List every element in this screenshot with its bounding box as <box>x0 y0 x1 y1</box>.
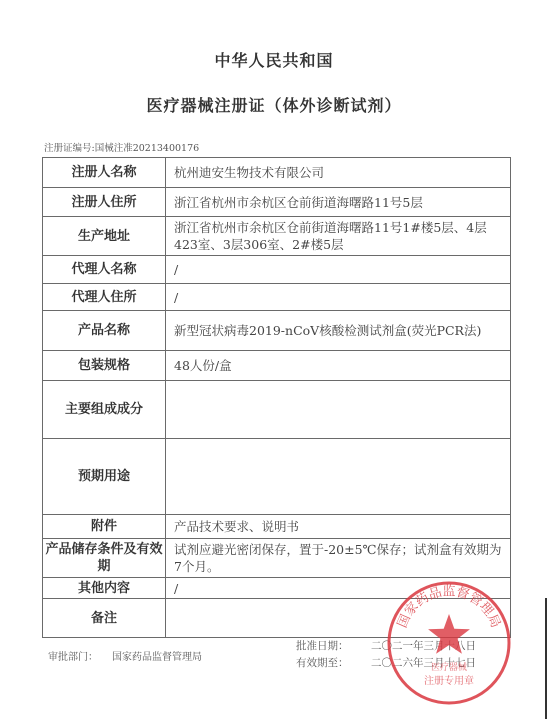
table-row: 产品储存条件及有效期 试剂应避光密闭保存，置于-20±5℃保存；试剂盒有效期为7… <box>43 539 511 578</box>
row-label-product-name: 产品名称 <box>43 311 166 351</box>
row-value-package-spec: 48人份/盒 <box>166 351 511 381</box>
row-label-package-spec: 包装规格 <box>43 351 166 381</box>
table-row: 产品名称 新型冠状病毒2019-nCoV核酸检测试剂盒(荧光PCR法) <box>43 311 511 351</box>
seal-inner-text-2: 注册专用章 <box>424 674 474 687</box>
row-value-product-name: 新型冠状病毒2019-nCoV核酸检测试剂盒(荧光PCR法) <box>166 311 511 351</box>
approval-department-label: 审批部门： <box>48 652 98 663</box>
row-value-agent-address: / <box>166 284 511 311</box>
table-row: 代理人名称 / <box>43 256 511 284</box>
row-label-attachments: 附件 <box>43 515 166 539</box>
row-value-intended-use <box>166 439 511 515</box>
certificate-number: 注册证编号:国械注准20213400176 <box>44 140 199 154</box>
row-label-main-components: 主要组成成分 <box>43 381 166 439</box>
row-value-attachments: 产品技术要求、说明书 <box>166 515 511 539</box>
table-row: 附件 产品技术要求、说明书 <box>43 515 511 539</box>
row-value-registrant-name: 杭州迪安生物技术有限公司 <box>166 158 511 188</box>
table-row: 包装规格 48人份/盒 <box>43 351 511 381</box>
table-row: 生产地址 浙江省杭州市余杭区仓前街道海曙路11号1#楼5层、4层423室、3层3… <box>43 217 511 256</box>
row-value-registrant-address: 浙江省杭州市余杭区仓前街道海曙路11号5层 <box>166 188 511 217</box>
row-value-agent-name: / <box>166 256 511 284</box>
approval-department-value: 国家药品监督管理局 <box>112 652 202 663</box>
approval-department: 审批部门：国家药品监督管理局 <box>48 648 202 663</box>
row-label-production-address: 生产地址 <box>43 217 166 256</box>
row-label-remarks: 备注 <box>43 599 166 638</box>
expiry-date-label: 有效期至： <box>296 655 371 672</box>
row-value-production-address: 浙江省杭州市余杭区仓前街道海曙路11号1#楼5层、4层423室、3层306室、2… <box>166 217 511 256</box>
row-label-registrant-name: 注册人名称 <box>43 158 166 188</box>
row-label-storage-conditions: 产品储存条件及有效期 <box>43 539 166 578</box>
table-row: 预期用途 <box>43 439 511 515</box>
table-row: 代理人住所 / <box>43 284 511 311</box>
row-label-other-content: 其他内容 <box>43 578 166 599</box>
approval-date-label: 批准日期： <box>296 638 371 655</box>
row-label-agent-name: 代理人名称 <box>43 256 166 284</box>
row-value-main-components <box>166 381 511 439</box>
table-row: 注册人住所 浙江省杭州市余杭区仓前街道海曙路11号5层 <box>43 188 511 217</box>
seal-inner-text-1: 医疗器械 <box>431 661 467 673</box>
document-title-certificate: 医疗器械注册证（体外诊断试剂） <box>0 93 548 116</box>
document-title-country: 中华人民共和国 <box>0 48 548 71</box>
scan-page-edge <box>545 598 547 719</box>
row-label-intended-use: 预期用途 <box>43 439 166 515</box>
row-value-storage-conditions: 试剂应避光密闭保存，置于-20±5℃保存；试剂盒有效期为7个月。 <box>166 539 511 578</box>
table-row: 主要组成成分 <box>43 381 511 439</box>
table-row: 注册人名称 杭州迪安生物技术有限公司 <box>43 158 511 188</box>
row-label-registrant-address: 注册人住所 <box>43 188 166 217</box>
registration-table: 注册人名称 杭州迪安生物技术有限公司 注册人住所 浙江省杭州市余杭区仓前街道海曙… <box>42 157 511 638</box>
row-label-agent-address: 代理人住所 <box>43 284 166 311</box>
seal-star-icon <box>428 614 470 654</box>
official-seal-stamp: 国家药品监督管理局 医疗器械 注册专用章 <box>386 580 512 706</box>
